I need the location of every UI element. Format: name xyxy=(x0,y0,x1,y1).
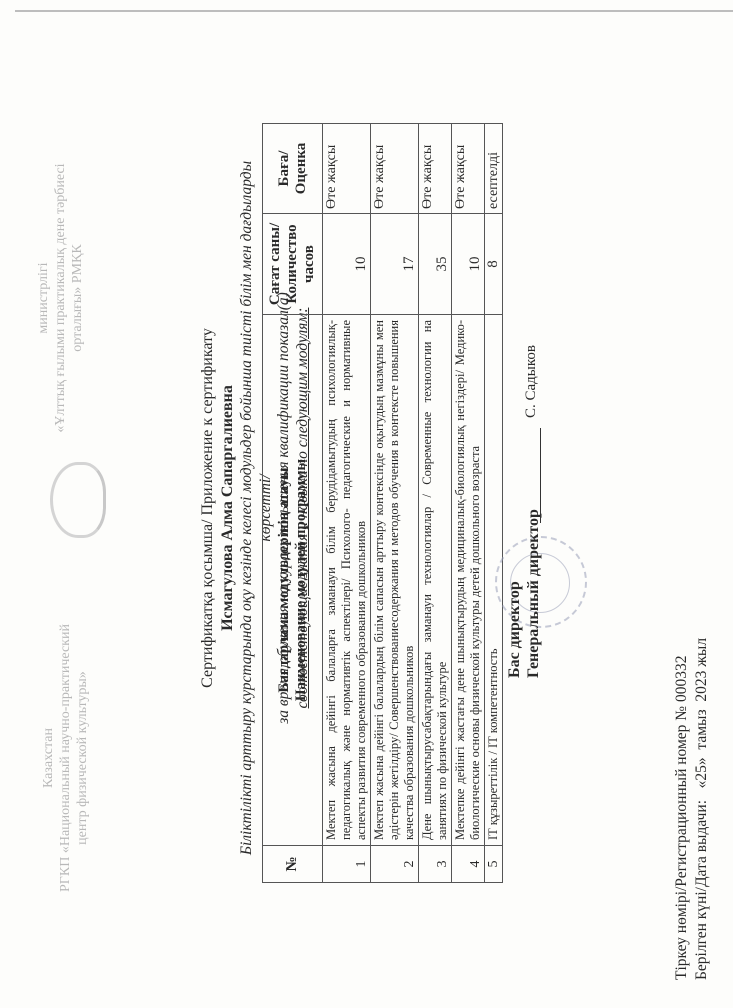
module-grade: Өте жақсы xyxy=(452,124,485,214)
row-number: 3 xyxy=(419,846,452,883)
col-header-module-name: Бағдарлама модульдерінің атауы Наименова… xyxy=(263,315,323,846)
module-grade: Өте жақсы xyxy=(371,124,419,214)
module-grade: Өте жақсы xyxy=(419,124,452,214)
module-hours: 35 xyxy=(419,214,452,315)
registration-number: Тіркеу нөмірі/Регистрационный номер № 00… xyxy=(672,638,692,980)
row-number: 2 xyxy=(371,846,419,883)
document-heading: Сертификатқа қосымша/ Приложение к серти… xyxy=(198,128,218,888)
signatory-title: Бас директор Генеральный директор xyxy=(505,509,543,678)
module-name: Дене шынықтырусабақтарындағы заманауи те… xyxy=(419,315,452,846)
module-grade: Өте жақсы xyxy=(323,124,371,214)
table-row: 2Мектеп жасына дейінгі балалардың білім … xyxy=(371,124,419,883)
registration-block: Тіркеу нөмірі/Регистрационный номер № 00… xyxy=(672,638,712,980)
table-row: 1Мектеп жасына дейінгі балаларға заманау… xyxy=(323,124,371,883)
col-header-grade: Баға/ Оценка xyxy=(263,124,323,214)
module-hours: 8 xyxy=(485,214,503,315)
module-grade: есептелді xyxy=(485,124,503,214)
row-number: 1 xyxy=(323,846,371,883)
module-hours: 17 xyxy=(371,214,419,315)
module-hours: 10 xyxy=(323,214,371,315)
row-number: 5 xyxy=(485,846,503,883)
state-emblem-icon xyxy=(50,462,106,538)
table-row: 4Мектепке дейінгі жастағы дене шынықтыру… xyxy=(452,124,485,883)
module-name: Мектеп жасына дейінгі балаларға заманауи… xyxy=(323,315,371,846)
table-row: 5IT құзыреттілік / IT компетентность8есе… xyxy=(485,124,503,883)
module-name: Мектеп жасына дейінгі балалардың білім с… xyxy=(371,315,419,846)
recipient-name: Исмагулова Алма Сапаргалиевна xyxy=(218,128,238,888)
left-organization-header: министрлігі «Ұлттық ғылыми практикалық д… xyxy=(35,148,86,448)
table-row: 3Дене шынықтырусабақтарындағы заманауи т… xyxy=(419,124,452,883)
signature-line xyxy=(540,428,541,523)
module-name: Мектепке дейінгі жастағы дене шынықтыруд… xyxy=(452,315,485,846)
certificate-appendix-page: министрлігі «Ұлттық ғылыми практикалық д… xyxy=(0,0,733,1008)
col-header-num: № xyxy=(263,846,323,883)
director-name: С. Садыков xyxy=(523,345,540,418)
right-organization-header: Казахстан РГКП «Национальный научно-прак… xyxy=(40,568,91,948)
modules-table: № Бағдарлама модульдерінің атауы Наимено… xyxy=(262,123,503,883)
col-header-hours: Сағат саны/ Количество часов xyxy=(263,214,323,315)
module-hours: 10 xyxy=(452,214,485,315)
issue-date: Берілген күні/Дата выдачи: «25» тамыз 20… xyxy=(692,638,712,980)
row-number: 4 xyxy=(452,846,485,883)
